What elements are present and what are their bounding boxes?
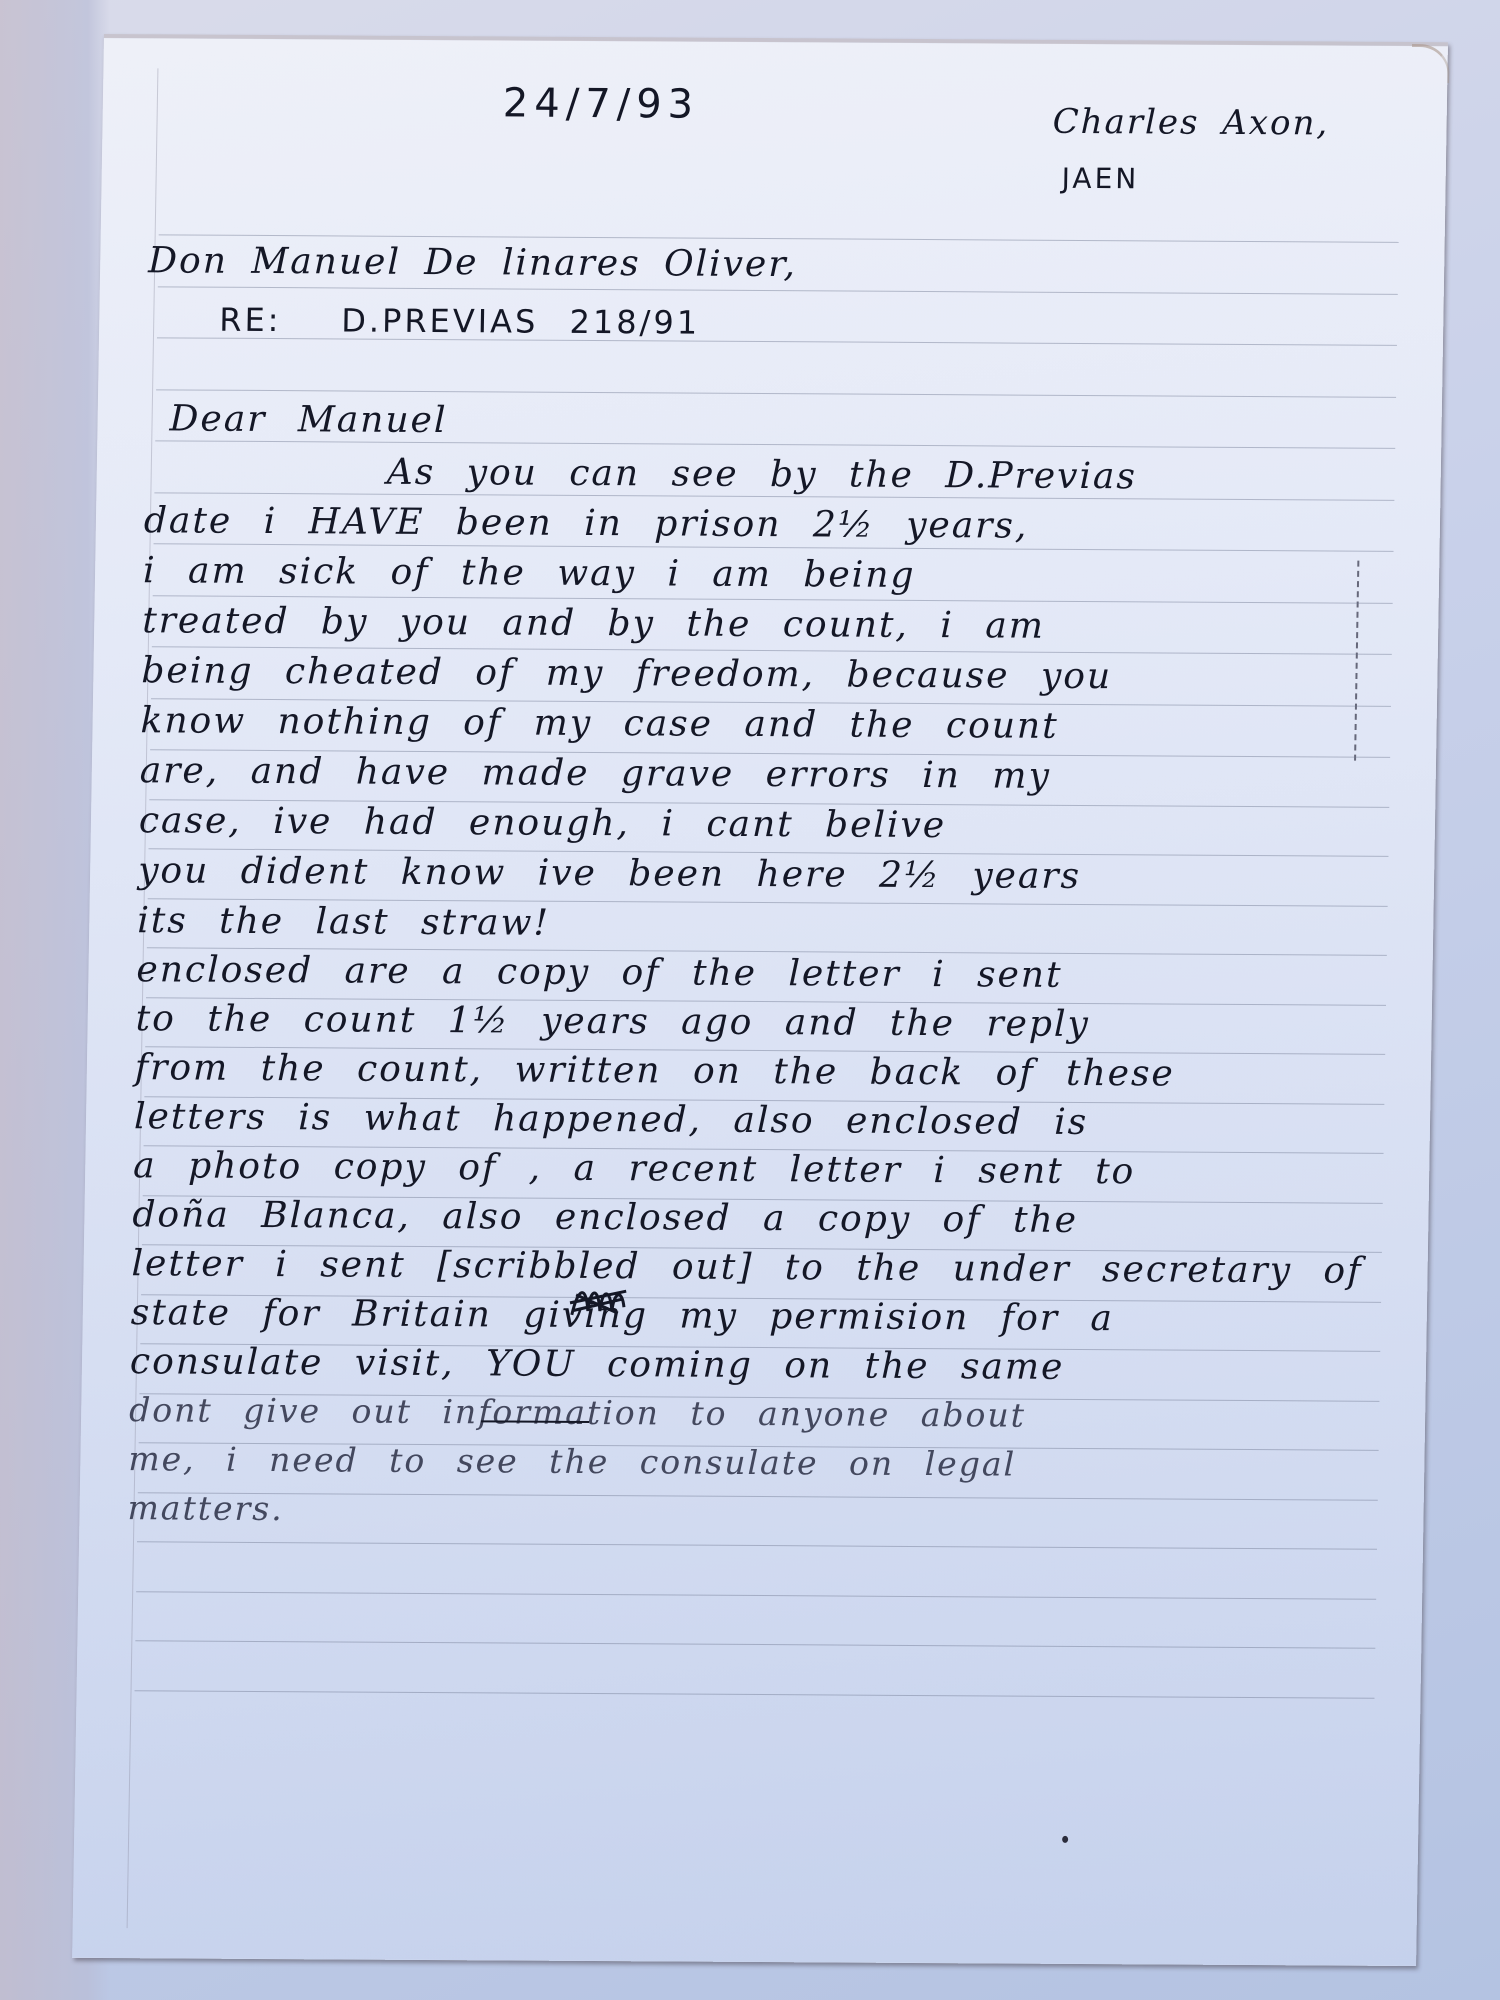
re-label: RE: xyxy=(219,301,282,339)
sender-name: Charles Axon, xyxy=(1052,102,1329,144)
body-line: date i HAVE been in prison 2½ years, xyxy=(144,500,1029,546)
body-line: doña Blanca, also enclosed a copy of the xyxy=(132,1194,1078,1241)
ruled-line xyxy=(138,1492,1378,1501)
right-bracket-mark xyxy=(1354,561,1359,761)
ruled-line xyxy=(135,1640,1375,1649)
re-reference: D.PREVIAS 218/91 xyxy=(341,301,700,341)
body-line: matters. xyxy=(127,1488,284,1528)
scribbled-out-word xyxy=(568,1281,629,1321)
body-line: to the count 1½ years ago and the reply xyxy=(135,998,1090,1045)
body-line: you dident know ive been here 2½ years xyxy=(138,850,1082,897)
body-line: a photo copy of , a recent letter i sent… xyxy=(133,1145,1136,1192)
body-line: dont give out information to anyone abou… xyxy=(129,1390,1026,1434)
ruled-line xyxy=(156,389,1396,398)
body-line: letter i sent [scribbled out] to the und… xyxy=(131,1243,1363,1292)
ruled-line xyxy=(136,1591,1376,1600)
body-line: consulate visit, YOU coming on the same xyxy=(130,1341,1065,1388)
ink-speck xyxy=(1062,1836,1068,1843)
body-line: letters is what happened, also enclosed … xyxy=(134,1096,1089,1143)
body-line: being cheated of my freedom, because you xyxy=(141,650,1112,697)
ruled-line xyxy=(137,1541,1377,1550)
ruled-line xyxy=(155,440,1395,449)
recipient-name: Don Manuel De linares Oliver, xyxy=(148,240,797,285)
ruled-lines xyxy=(104,38,1448,46)
body-line: from the count, written on the back of t… xyxy=(135,1047,1176,1094)
letter-date: 24/7/93 xyxy=(503,80,700,127)
letter-sheet: 24/7/93 Charles Axon, JAEN Don Manuel De… xyxy=(72,34,1448,1966)
ruled-line xyxy=(158,286,1398,295)
salutation: Dear Manuel xyxy=(169,398,447,441)
body-line: i am sick of the way i am being xyxy=(143,550,916,596)
ruled-line xyxy=(135,1690,1375,1699)
paper-corner-fold xyxy=(1411,44,1450,83)
letter-body: As you can see by the D.Previasdate i HA… xyxy=(104,38,1448,46)
body-line: are, and have made grave errors in my xyxy=(139,750,1051,797)
sender-location: JAEN xyxy=(1061,162,1139,195)
body-line: As you can see by the D.Previas xyxy=(386,452,1137,498)
body-line: its the last straw! xyxy=(137,900,550,944)
body-line: case, ive had enough, i cant belive xyxy=(139,800,947,846)
body-line: treated by you and by the count, i am xyxy=(142,600,1045,647)
body-line: know nothing of my case and the count xyxy=(140,700,1059,747)
body-line: me, i need to see the consulate on legal xyxy=(128,1439,1016,1483)
body-line: enclosed are a copy of the letter i sent xyxy=(136,949,1063,996)
